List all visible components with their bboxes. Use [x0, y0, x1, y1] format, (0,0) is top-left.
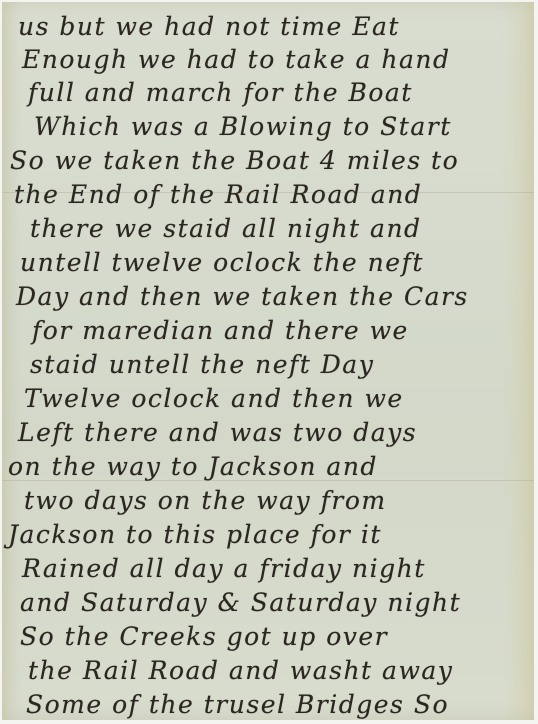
handwritten-line: Rained all day a friday night: [22, 554, 426, 583]
letter-page: us but we had not time Eat Enough we had…: [2, 2, 534, 720]
handwritten-line: Day and then we taken the Cars: [16, 282, 469, 311]
handwritten-line: on the way to Jackson and: [8, 452, 378, 481]
handwritten-line: staid untell the neft Day: [30, 350, 374, 379]
handwritten-line: Twelve oclock and then we: [24, 384, 404, 413]
handwritten-line: So we taken the Boat 4 miles to: [10, 146, 459, 175]
handwritten-line: Left there and was two days: [18, 418, 417, 447]
handwritten-line: and Saturday & Saturday night: [20, 588, 461, 617]
handwritten-line: So the Creeks got up over: [20, 622, 388, 651]
handwritten-line: Which was a Blowing to Start: [34, 112, 452, 141]
handwritten-line: there we staid all night and: [30, 214, 422, 243]
handwritten-line: Enough we had to take a hand: [22, 45, 451, 74]
handwritten-line: the End of the Rail Road and: [14, 180, 422, 209]
handwritten-line: untell twelve oclock the neft: [20, 248, 424, 277]
handwritten-line: full and march for the Boat: [28, 78, 413, 107]
handwritten-line: Some of the trusel Bridges So: [26, 690, 449, 719]
handwritten-line: us but we had not time Eat: [18, 12, 400, 41]
handwritten-line: Jackson to this place for it: [8, 520, 382, 549]
handwritten-line: the Rail Road and washt away: [28, 656, 453, 685]
handwritten-line: two days on the way from: [24, 486, 387, 515]
handwritten-line: for maredian and there we: [32, 316, 409, 345]
